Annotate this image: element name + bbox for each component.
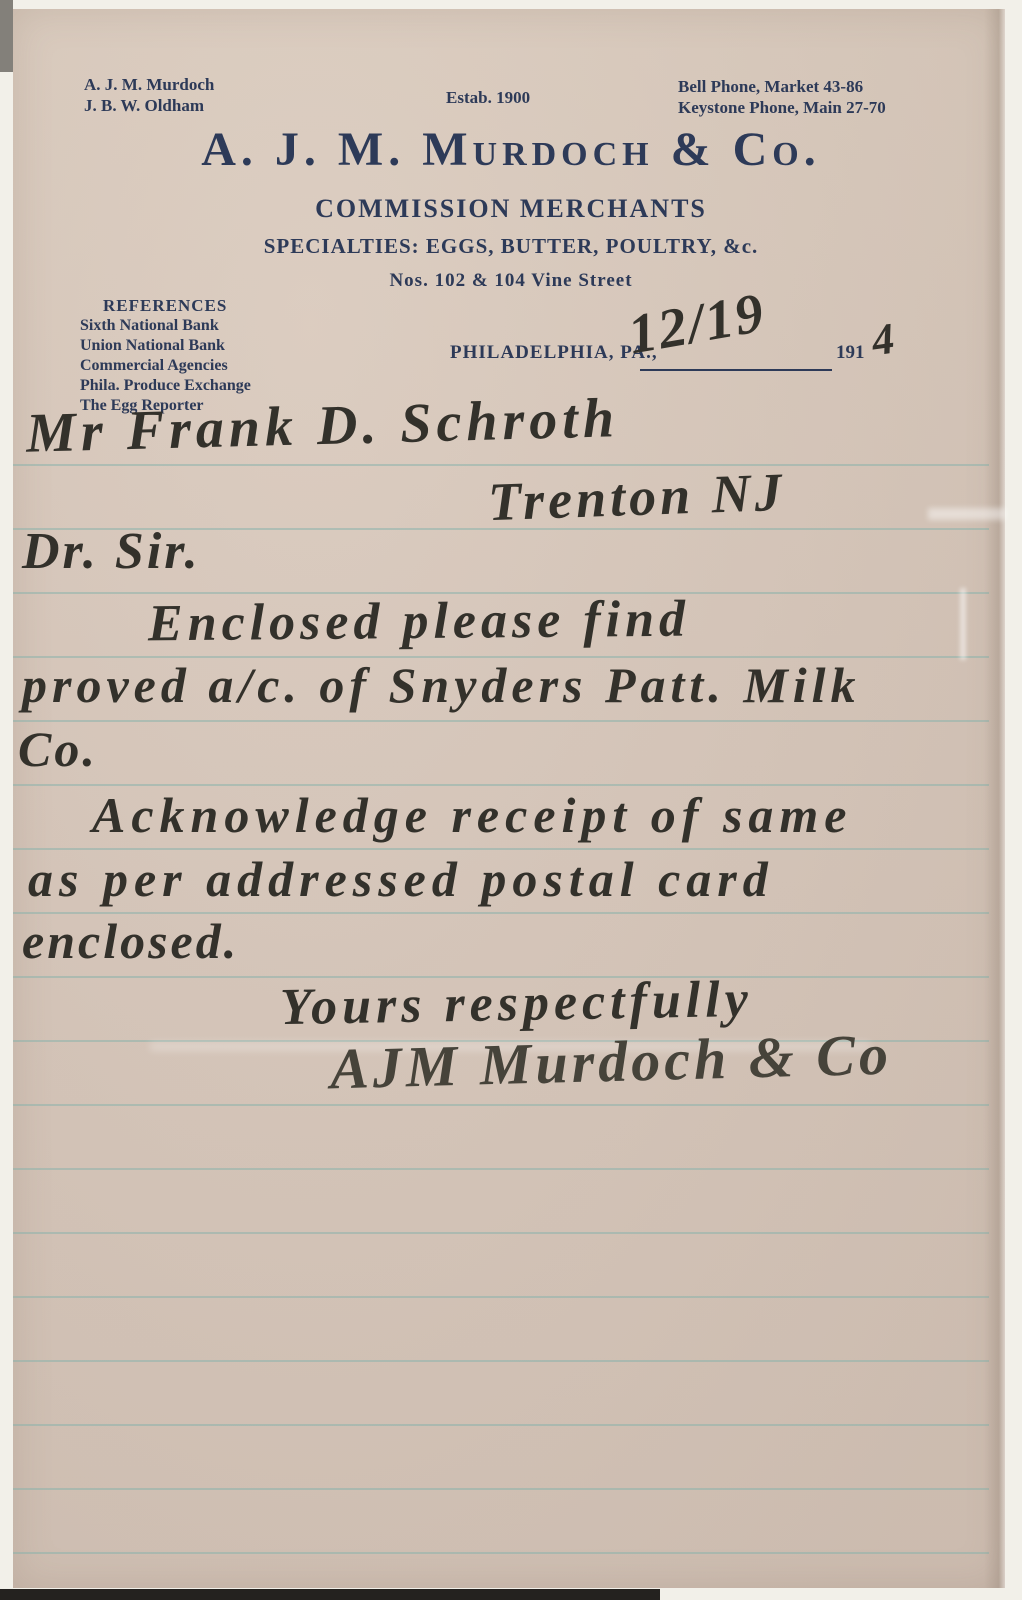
handwritten-body-line: Enclosed please find [148,590,690,654]
handwritten-body-line: proved a/c. of Snyders Patt. Milk [22,656,861,714]
ruled-line [13,720,989,722]
ruled-line [13,1488,989,1490]
handwritten-body-line: as per addressed postal card [28,850,774,908]
ruled-line [13,1168,989,1170]
officer-name: J. B. W. Oldham [84,95,214,116]
handwritten-body-line: enclosed. [22,912,239,970]
handwritten-recipient-city: Trenton NJ [487,461,787,533]
references-title: REFERENCES [103,296,227,316]
company-specialties: SPECIALTIES: EGGS, BUTTER, POULTRY, &c. [0,234,1022,259]
scanned-letter-page: A. J. M. Murdoch J. B. W. Oldham Estab. … [0,0,1022,1600]
officer-name: A. J. M. Murdoch [84,74,214,95]
phone-line: Keystone Phone, Main 27-70 [678,97,886,118]
scan-edge-shadow [0,0,13,72]
dateline-year-prefix: 191 [836,342,865,364]
ruled-line [13,1232,989,1234]
handwritten-body-line: Co. [18,720,98,778]
dateline-blank-rule [640,369,832,371]
ruled-line [13,1360,989,1362]
company-name: A. J. M. Murdoch & Co. [0,122,1022,177]
reference-item: Sixth National Bank [80,316,251,336]
reference-item: Phila. Produce Exchange [80,376,251,396]
reference-item: Union National Bank [80,336,251,356]
ruled-line [13,464,989,466]
company-tagline: COMMISSION MERCHANTS [0,194,1022,224]
ruled-line [13,1296,989,1298]
ruled-line [13,1552,989,1554]
paper-crease [928,508,1006,520]
handwritten-body-line: Acknowledge receipt of same [92,786,853,844]
ruled-line [13,1424,989,1426]
reference-item: Commercial Agencies [80,356,251,376]
paper-crease [960,588,966,660]
handwritten-salutation: Dr. Sir. [22,522,201,581]
letterhead-officers: A. J. M. Murdoch J. B. W. Oldham [84,74,214,116]
company-address: Nos. 102 & 104 Vine Street [0,270,1022,292]
letterhead-phones: Bell Phone, Market 43-86 Keystone Phone,… [678,76,886,118]
letterhead-established: Estab. 1900 [446,88,530,108]
phone-line: Bell Phone, Market 43-86 [678,76,886,97]
ruled-line [13,1104,989,1106]
dateline-city: PHILADELPHIA, PA., [450,342,658,364]
scan-edge-shadow [0,1589,660,1600]
